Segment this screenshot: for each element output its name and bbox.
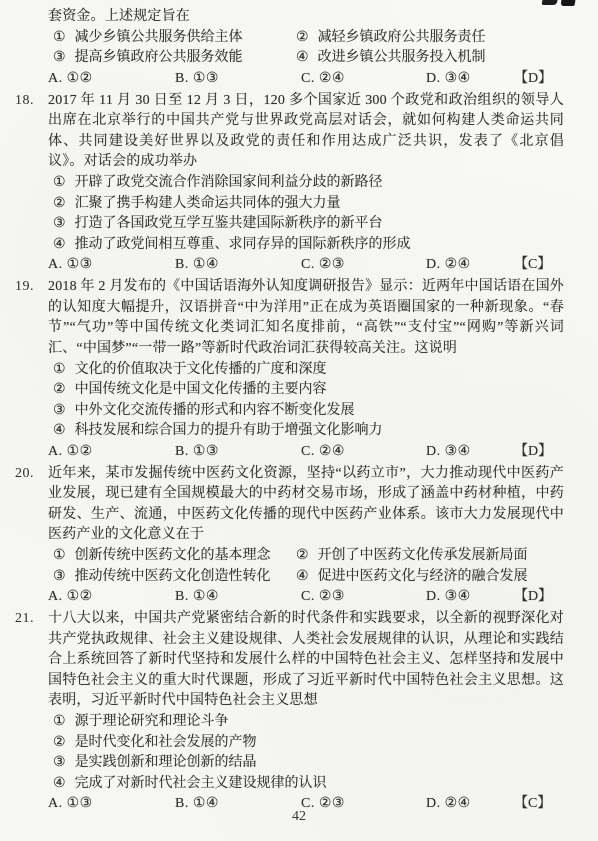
option-circled-number: ① — [53, 548, 66, 563]
option-list: ①减少乡镇公共服务供给主体②减轻乡镇政府公共服务责任③提高乡镇政府公共服务效能④… — [48, 28, 564, 69]
option-item: ②汇聚了携手构建人类命运共同体的强大力量 — [53, 194, 564, 215]
option-circled-number: ④ — [53, 776, 66, 791]
answer-key: 【C】 — [514, 255, 564, 276]
option-circled-number: ① — [53, 175, 66, 190]
option-circled-number: ③ — [53, 569, 66, 584]
option-text: 中外文化交流传播的形式和内容不断变化发展 — [75, 403, 355, 418]
answer-key: 【D】 — [514, 442, 564, 463]
choice-b: B. ①④ — [175, 587, 301, 608]
option-text: 中国传统文化是中国文化传播的主要内容 — [75, 382, 327, 397]
choice-d: D. ③④ — [426, 69, 514, 90]
choice-c: C. ②③ — [301, 587, 426, 608]
question-number: 20. — [15, 464, 45, 485]
question-stem: 2018 年 2 月发布的《中国话语海外认知度调研报告》显示：近两年中国话语在国… — [48, 277, 564, 359]
option-list: ①创新传统中医药文化的基本理念②开创了中医药文化传承发展新局面③推动传统中医药文… — [48, 546, 564, 587]
option-circled-number: ① — [53, 362, 66, 377]
option-text: 完成了对新时代社会主义建设规律的认识 — [75, 776, 327, 791]
choice-a: A. ①③ — [48, 255, 175, 276]
choice-a: A. ①② — [48, 442, 175, 463]
option-text: 汇聚了携手构建人类命运共同体的强大力量 — [75, 196, 341, 211]
choice-d: D. ③④ — [426, 587, 514, 608]
option-item: ②中国传统文化是中国文化传播的主要内容 — [53, 380, 564, 401]
choice-b: B. ①③ — [175, 69, 301, 90]
option-list: ①开辟了政党交流合作消除国家间利益分歧的新路径②汇聚了携手构建人类命运共同体的强… — [48, 173, 564, 255]
choice-row: A. ①②B. ①③C. ②④D. ③④【D】 — [48, 69, 564, 90]
option-circled-number: ① — [53, 30, 66, 45]
choice-c: C. ②④ — [301, 69, 426, 90]
exam-page: 套资金。上述规定旨在①减少乡镇公共服务供给主体②减轻乡镇政府公共服务责任③提高乡… — [0, 0, 598, 841]
option-item: ②是时代变化和社会发展的产物 — [53, 733, 564, 754]
option-item: ③提高乡镇政府公共服务效能 — [53, 48, 296, 69]
option-text: 源于理论研究和理论斗争 — [75, 714, 229, 729]
option-text: 科技发展和综合国力的提升有助于增强文化影响力 — [75, 423, 383, 438]
option-text: 促进中医药文化与经济的融合发展 — [318, 569, 528, 584]
answer-key: 【D】 — [514, 69, 564, 90]
choice-row: A. ①②B. ①④C. ②③D. ③④【D】 — [48, 587, 564, 608]
option-circled-number: ② — [296, 548, 309, 563]
option-item: ③推动传统中医药文化创造性转化 — [53, 567, 296, 588]
option-text: 推动了政党间相互尊重、求同存异的国际新秩序的形成 — [75, 237, 411, 252]
option-text: 开创了中医药文化传承发展新局面 — [318, 548, 528, 563]
question-stem: 十八大以来，中国共产党紧密结合新的时代条件和实践要求，以全新的视野深化对共产党执… — [48, 609, 564, 712]
option-item: ①源于理论研究和理论斗争 — [53, 712, 564, 733]
option-text: 是实践创新和理论创新的结晶 — [75, 755, 257, 770]
option-text: 减轻乡镇政府公共服务责任 — [318, 30, 486, 45]
option-item: ①创新传统中医药文化的基本理念 — [53, 546, 296, 567]
option-text: 创新传统中医药文化的基本理念 — [75, 548, 271, 563]
option-circled-number: ① — [53, 714, 66, 729]
option-item: ①开辟了政党交流合作消除国家间利益分歧的新路径 — [53, 173, 564, 194]
option-text: 文化的价值取决于文化传播的广度和深度 — [75, 362, 327, 377]
choice-row: A. ①②B. ①③C. ②④D. ③④【D】 — [48, 442, 564, 463]
cutoff-fragment-right — [561, 0, 576, 6]
question-number: 21. — [15, 609, 45, 630]
option-circled-number: ② — [53, 735, 66, 750]
page-number: 42 — [0, 809, 598, 825]
choice-a: A. ①② — [48, 69, 175, 90]
option-list: ①源于理论研究和理论斗争②是时代变化和社会发展的产物③是实践创新和理论创新的结晶… — [48, 712, 564, 794]
option-circled-number: ③ — [53, 50, 66, 65]
option-circled-number: ② — [53, 382, 66, 397]
option-text: 提高乡镇政府公共服务效能 — [75, 50, 243, 65]
choice-b: B. ①④ — [175, 255, 301, 276]
option-item: ④推动了政党间相互尊重、求同存异的国际新秩序的形成 — [53, 235, 564, 256]
cutoff-scan-fragment — [542, 0, 576, 7]
option-item: ④改进乡镇公共服务投入机制 — [296, 48, 564, 69]
option-item: ④科技发展和综合国力的提升有助于增强文化影响力 — [53, 421, 564, 442]
choice-d: D. ③④ — [426, 442, 514, 463]
choice-c: C. ②③ — [301, 255, 426, 276]
question-stem: 套资金。上述规定旨在 — [48, 7, 564, 28]
question-block: 套资金。上述规定旨在①减少乡镇公共服务供给主体②减轻乡镇政府公共服务责任③提高乡… — [48, 7, 564, 90]
option-circled-number: ② — [296, 30, 309, 45]
option-item: ①文化的价值取决于文化传播的广度和深度 — [53, 360, 564, 381]
question-stem: 近年来，某市发掘传统中医药文化资源，坚持“以药立市”，大力推动现代中医药产业发展… — [48, 464, 564, 546]
question-block: 20.近年来，某市发掘传统中医药文化资源，坚持“以药立市”，大力推动现代中医药产… — [48, 464, 564, 608]
option-item: ③打造了各国政党互学互鉴共建国际新秩序的新平台 — [53, 214, 564, 235]
option-circled-number: ③ — [53, 403, 66, 418]
question-number: 18. — [15, 91, 45, 112]
option-text: 是时代变化和社会发展的产物 — [75, 735, 257, 750]
option-text: 改进乡镇公共服务投入机制 — [318, 50, 486, 65]
question-number: 19. — [15, 277, 45, 298]
option-circled-number: ③ — [53, 755, 66, 770]
option-text: 打造了各国政党互学互鉴共建国际新秩序的新平台 — [75, 216, 383, 231]
option-item: ③中外文化交流传播的形式和内容不断变化发展 — [53, 401, 564, 422]
choice-c: C. ②④ — [301, 442, 426, 463]
option-circled-number: ④ — [296, 569, 309, 584]
option-item: ②减轻乡镇政府公共服务责任 — [296, 28, 564, 49]
option-item: ②开创了中医药文化传承发展新局面 — [296, 546, 564, 567]
question-block: 18.2017 年 11 月 30 日至 12 月 3 日，120 多个国家近 … — [48, 91, 564, 277]
option-circled-number: ② — [53, 196, 66, 211]
question-block: 21.十八大以来，中国共产党紧密结合新的时代条件和实践要求，以全新的视野深化对共… — [48, 609, 564, 815]
option-item: ③是实践创新和理论创新的结晶 — [53, 753, 564, 774]
option-list: ①文化的价值取决于文化传播的广度和深度②中国传统文化是中国文化传播的主要内容③中… — [48, 360, 564, 442]
choice-row: A. ①③B. ①④C. ②③D. ②④【C】 — [48, 255, 564, 276]
option-item: ④促进中医药文化与经济的融合发展 — [296, 567, 564, 588]
question-block: 19.2018 年 2 月发布的《中国话语海外认知度调研报告》显示：近两年中国话… — [48, 277, 564, 463]
option-circled-number: ④ — [53, 237, 66, 252]
answer-key: 【D】 — [514, 587, 564, 608]
choice-a: A. ①② — [48, 587, 175, 608]
option-text: 开辟了政党交流合作消除国家间利益分歧的新路径 — [75, 175, 383, 190]
option-text: 推动传统中医药文化创造性转化 — [75, 569, 271, 584]
choice-d: D. ②④ — [426, 255, 514, 276]
option-circled-number: ④ — [296, 50, 309, 65]
option-circled-number: ③ — [53, 216, 66, 231]
option-item: ④完成了对新时代社会主义建设规律的认识 — [53, 774, 564, 795]
option-item: ①减少乡镇公共服务供给主体 — [53, 28, 296, 49]
question-stem: 2017 年 11 月 30 日至 12 月 3 日，120 多个国家近 300… — [48, 91, 564, 173]
cutoff-fragment-left — [541, 0, 557, 5]
choice-b: B. ①③ — [175, 442, 301, 463]
option-text: 减少乡镇公共服务供给主体 — [75, 30, 243, 45]
questions-container: 套资金。上述规定旨在①减少乡镇公共服务供给主体②减轻乡镇政府公共服务责任③提高乡… — [48, 7, 564, 815]
option-circled-number: ④ — [53, 423, 66, 438]
